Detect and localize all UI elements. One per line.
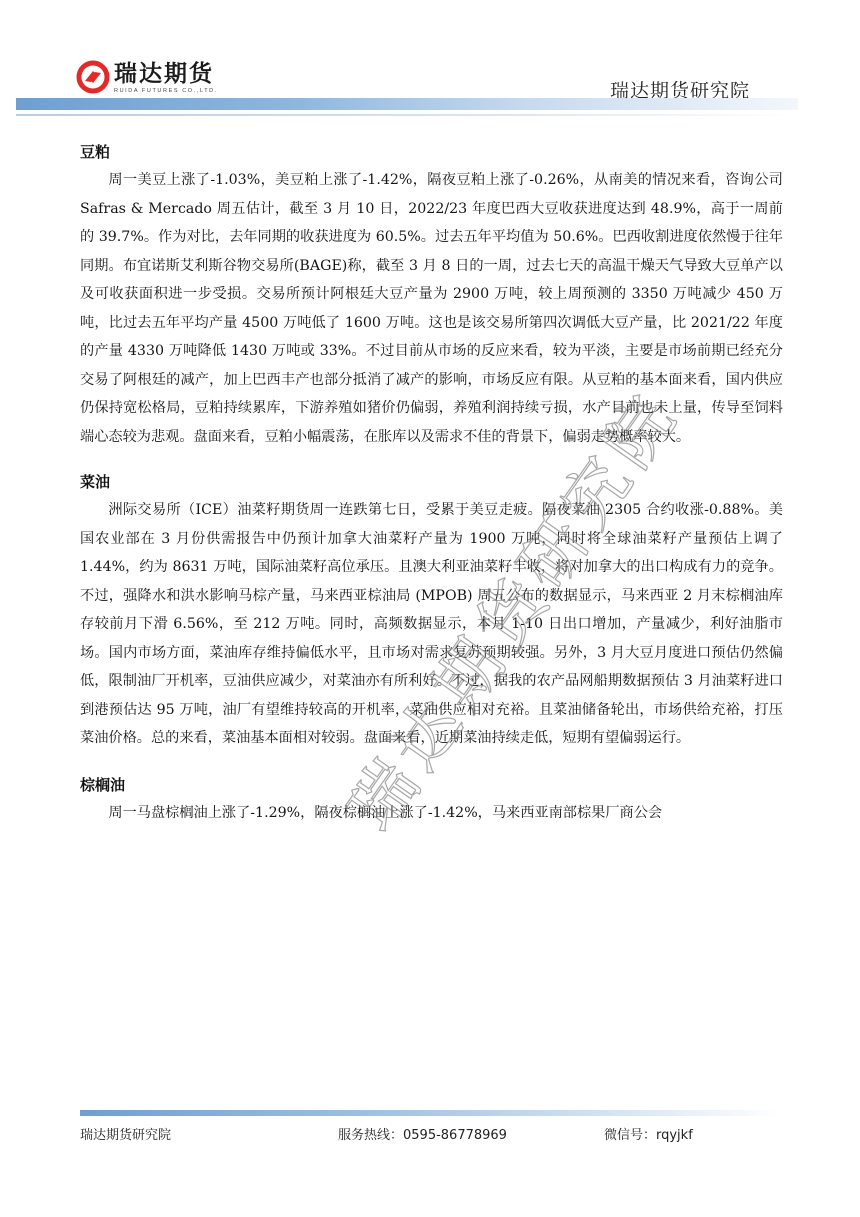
- section-title: 菜油: [80, 468, 783, 496]
- section-paragraph: 周一美豆上涨了-1.03%，美豆粕上涨了-1.42%，隔夜豆粕上涨了-0.26%…: [80, 166, 783, 451]
- footer-hotline: 服务热线：0595-86778969: [338, 1124, 507, 1143]
- section-palm-oil: 棕榈油 周一马盘棕榈油上涨了-1.29%，隔夜棕榈油上涨了-1.42%，马来西亚…: [80, 771, 783, 828]
- header-divider: [16, 114, 798, 116]
- header-gradient-bar: [16, 98, 798, 110]
- section-paragraph: 周一马盘棕榈油上涨了-1.29%，隔夜棕榈油上涨了-1.42%，马来西亚南部棕果…: [80, 799, 783, 828]
- page-header: 瑞达期货 RUIDA FUTURES CO.,LTD. 瑞达期货研究院: [0, 0, 860, 125]
- company-logo: 瑞达期货 RUIDA FUTURES CO.,LTD.: [76, 60, 218, 94]
- logo-english-name: RUIDA FUTURES CO.,LTD.: [114, 88, 218, 94]
- section-soybean-meal: 豆粕 周一美豆上涨了-1.03%，美豆粕上涨了-1.42%，隔夜豆粕上涨了-0.…: [80, 138, 783, 451]
- section-title: 豆粕: [80, 138, 783, 166]
- ruida-logo-icon: [76, 60, 110, 94]
- footer-gradient-bar: [80, 1110, 780, 1116]
- page-footer: 瑞达期货研究院 服务热线：0595-86778969 微信号：rqyjkf: [80, 1124, 780, 1146]
- section-title: 棕榈油: [80, 771, 783, 799]
- footer-institute: 瑞达期货研究院: [80, 1124, 171, 1143]
- section-rapeseed-oil: 菜油 洲际交易所（ICE）油菜籽期货周一连跌第七日，受累于美豆走疲。隔夜菜油 2…: [80, 468, 783, 753]
- section-paragraph: 洲际交易所（ICE）油菜籽期货周一连跌第七日，受累于美豆走疲。隔夜菜油 2305…: [80, 496, 783, 753]
- logo-chinese-name: 瑞达期货: [114, 60, 218, 88]
- footer-wechat: 微信号：rqyjkf: [604, 1124, 693, 1143]
- report-body: 豆粕 周一美豆上涨了-1.03%，美豆粕上涨了-1.42%，隔夜豆粕上涨了-0.…: [80, 138, 783, 827]
